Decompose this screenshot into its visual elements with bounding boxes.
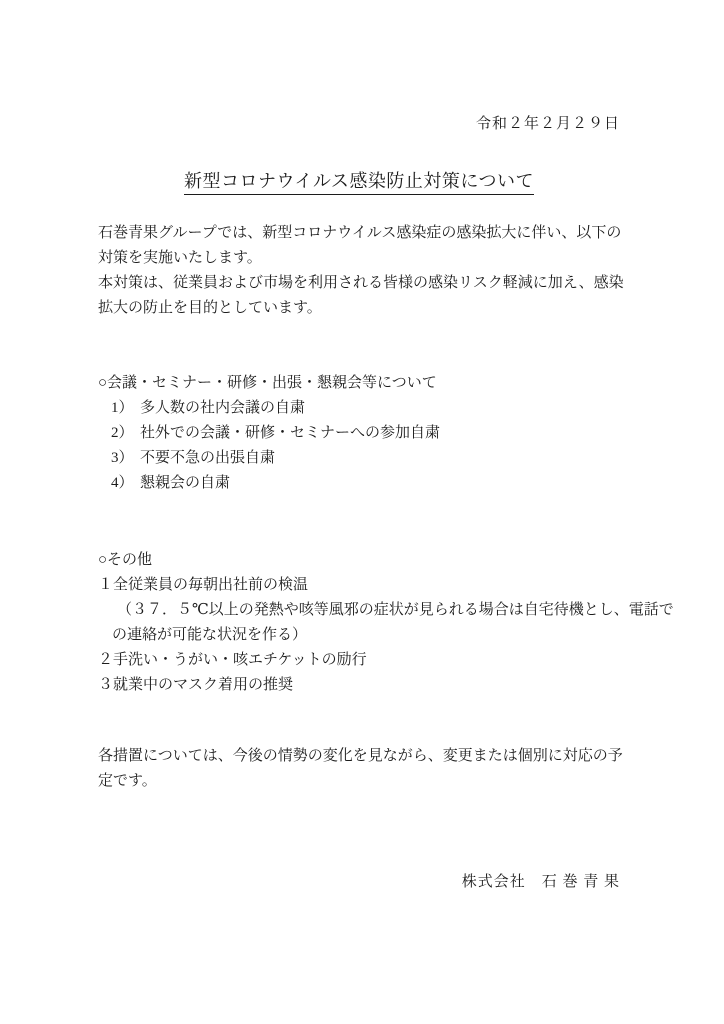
closing-line: 各措置については、今後の情勢の変化を見ながら、変更または個別に対応の予 [98, 744, 620, 769]
section-meetings-heading: ○会議・セミナー・研修・出張・懇親会等について [98, 371, 620, 396]
section-meetings-list: 1）多人数の社内会議の自粛 2）社外での会議・研修・セミナーへの参加自粛 3）不… [98, 396, 620, 496]
list-item-text: 不要不急の出張自粛 [140, 450, 275, 466]
list-item: 2）社外での会議・研修・セミナーへの参加自粛 [98, 421, 620, 446]
closing-line: 定です。 [98, 769, 620, 794]
document-title: 新型コロナウイルス感染防止対策について [98, 167, 620, 195]
list-item-number: 4） [111, 471, 140, 496]
other-line: ２手洗い・うがい・咳エチケットの励行 [98, 648, 620, 673]
other-line: １全従業員の毎朝出社前の検温 [98, 573, 620, 598]
closing-paragraph: 各措置については、今後の情勢の変化を見ながら、変更または個別に対応の予 定です。 [98, 744, 620, 794]
list-item-text: 懇親会の自粛 [140, 475, 230, 491]
document-title-text: 新型コロナウイルス感染防止対策について [184, 171, 534, 195]
intro-line: 対策を実施いたします。 [98, 246, 620, 271]
list-item-number: 3） [111, 446, 140, 471]
company-signature: 株式会社 石 巻 青 果 [98, 870, 620, 895]
list-item: 1）多人数の社内会議の自粛 [98, 396, 620, 421]
list-item: 4）懇親会の自粛 [98, 471, 620, 496]
document-page: 令和２年２月２９日 新型コロナウイルス感染防止対策について 石巻青果グループでは… [0, 0, 724, 1024]
list-item-text: 多人数の社内会議の自粛 [140, 400, 305, 416]
list-item-text: 社外での会議・研修・セミナーへの参加自粛 [140, 425, 440, 441]
other-line: の連絡が可能な状況を作る） [98, 623, 620, 648]
list-item-number: 2） [111, 421, 140, 446]
section-other: ○その他 １全従業員の毎朝出社前の検温 （３７．５℃以上の発熱や咳等風邪の症状が… [98, 548, 620, 698]
intro-line: 石巻青果グループでは、新型コロナウイルス感染症の感染拡大に伴い、以下の [98, 221, 620, 246]
section-other-heading: ○その他 [98, 548, 620, 573]
other-line: （３７．５℃以上の発熱や咳等風邪の症状が見られる場合は自宅待機とし、電話で [98, 598, 620, 623]
intro-line: 本対策は、従業員および市場を利用される皆様の感染リスク軽減に加え、感染 [98, 271, 620, 296]
other-line: ３就業中のマスク着用の推奨 [98, 673, 620, 698]
section-meetings: ○会議・セミナー・研修・出張・懇親会等について 1）多人数の社内会議の自粛 2）… [98, 371, 620, 496]
intro-paragraphs: 石巻青果グループでは、新型コロナウイルス感染症の感染拡大に伴い、以下の 対策を実… [98, 221, 620, 321]
list-item-number: 1） [111, 396, 140, 421]
document-date: 令和２年２月２９日 [98, 112, 620, 137]
list-item: 3）不要不急の出張自粛 [98, 446, 620, 471]
intro-line: 拡大の防止を目的としています。 [98, 296, 620, 321]
